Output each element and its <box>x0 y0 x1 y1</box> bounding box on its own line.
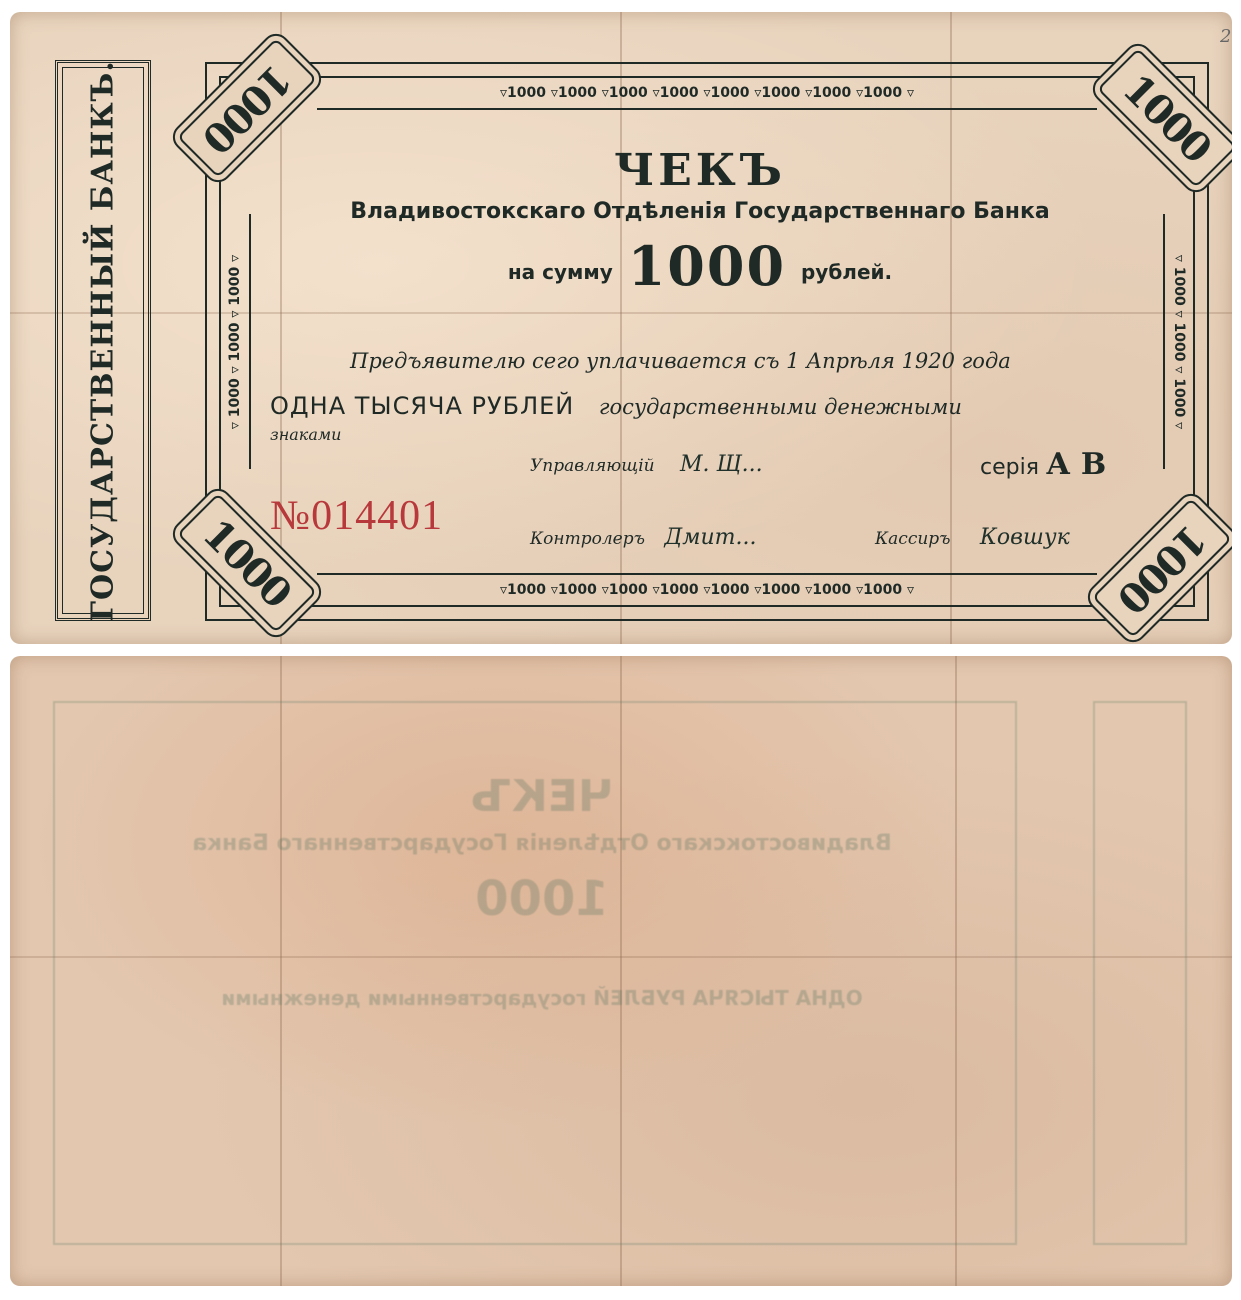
controller-signature: Дмит... <box>650 525 756 550</box>
check-body: ЧЕКЪ Владивостокскаго Отдѣленія Государс… <box>250 147 1150 298</box>
issuer-line: Владивостокскаго Отдѣленія Государственн… <box>250 199 1150 224</box>
cashier-signature: Ковшук <box>956 525 1070 550</box>
ghost-subtitle: Владивостокскаго Отдѣленія Государственн… <box>92 831 992 856</box>
payment-line: Предъявителю сего уплачивается съ 1 Апрѣ… <box>350 349 1011 373</box>
pencil-mark: 2 <box>1220 26 1231 47</box>
cashier-row: Кассиръ Ковшук <box>875 525 1070 550</box>
check-front: 2 ГОСУДАРСТВЕННЫЙ БАНКЪ. ▿1000 ▿1000 ▿10… <box>10 12 1232 644</box>
manager-label: Управляющій <box>530 456 655 476</box>
bank-side-panel: ГОСУДАРСТВЕННЫЙ БАНКЪ. <box>55 60 151 621</box>
ghost-line: ОДНА ТЫСЯЧА РУБЛЕЙ государственными дене… <box>92 986 992 1010</box>
bottom-denomination-band: ▿1000 ▿1000 ▿1000 ▿1000 ▿1000 ▿1000 ▿100… <box>317 573 1097 607</box>
controller-row: Контролеръ Дмит... <box>530 525 756 550</box>
amount-suffix: рублей. <box>801 260 892 284</box>
left-denomination-band: ▿ 1000 ▿ 1000 ▿ 1000 ▿ <box>219 214 251 469</box>
right-denomination-band: ▿ 1000 ▿ 1000 ▿ 1000 ▿ <box>1163 214 1195 469</box>
manager-signature: М. Щ... <box>660 452 763 477</box>
amount-words-end: знаками <box>270 425 341 444</box>
amount-line: на сумму 1000 рублей. <box>250 234 1150 298</box>
serial-number: №014401 <box>270 492 443 540</box>
manager-row: Управляющій М. Щ... <box>530 452 763 477</box>
side-panel-title: ГОСУДАРСТВЕННЫЙ БАНКЪ. <box>86 60 121 622</box>
ghost-amount: 1000 <box>92 871 992 927</box>
amount-value: 1000 <box>620 234 794 298</box>
check-back: ЧЕКЪ Владивостокскаго Отдѣленія Государс… <box>10 656 1232 1286</box>
amount-words-line: ОДНА ТЫСЯЧА РУБЛЕЙ государственными дене… <box>270 392 962 420</box>
amount-prefix: на сумму <box>508 260 613 284</box>
ghost-title: ЧЕКЪ <box>92 771 992 822</box>
ghost-side-panel <box>1093 701 1187 1245</box>
amount-words-tail: государственными денежными <box>581 395 962 419</box>
bleed-through-ghost: ЧЕКЪ Владивостокскаго Отдѣленія Государс… <box>10 656 1232 1286</box>
series: серія А В <box>980 447 1106 482</box>
controller-label: Контролеръ <box>530 529 645 549</box>
top-denomination-band: ▿1000 ▿1000 ▿1000 ▿1000 ▿1000 ▿1000 ▿100… <box>317 76 1097 110</box>
cashier-label: Кассиръ <box>875 529 951 549</box>
check-title: ЧЕКЪ <box>250 147 1150 195</box>
amount-words: ОДНА ТЫСЯЧА РУБЛЕЙ <box>270 392 574 420</box>
series-label: серія <box>980 455 1039 480</box>
series-value: А В <box>1046 447 1106 482</box>
